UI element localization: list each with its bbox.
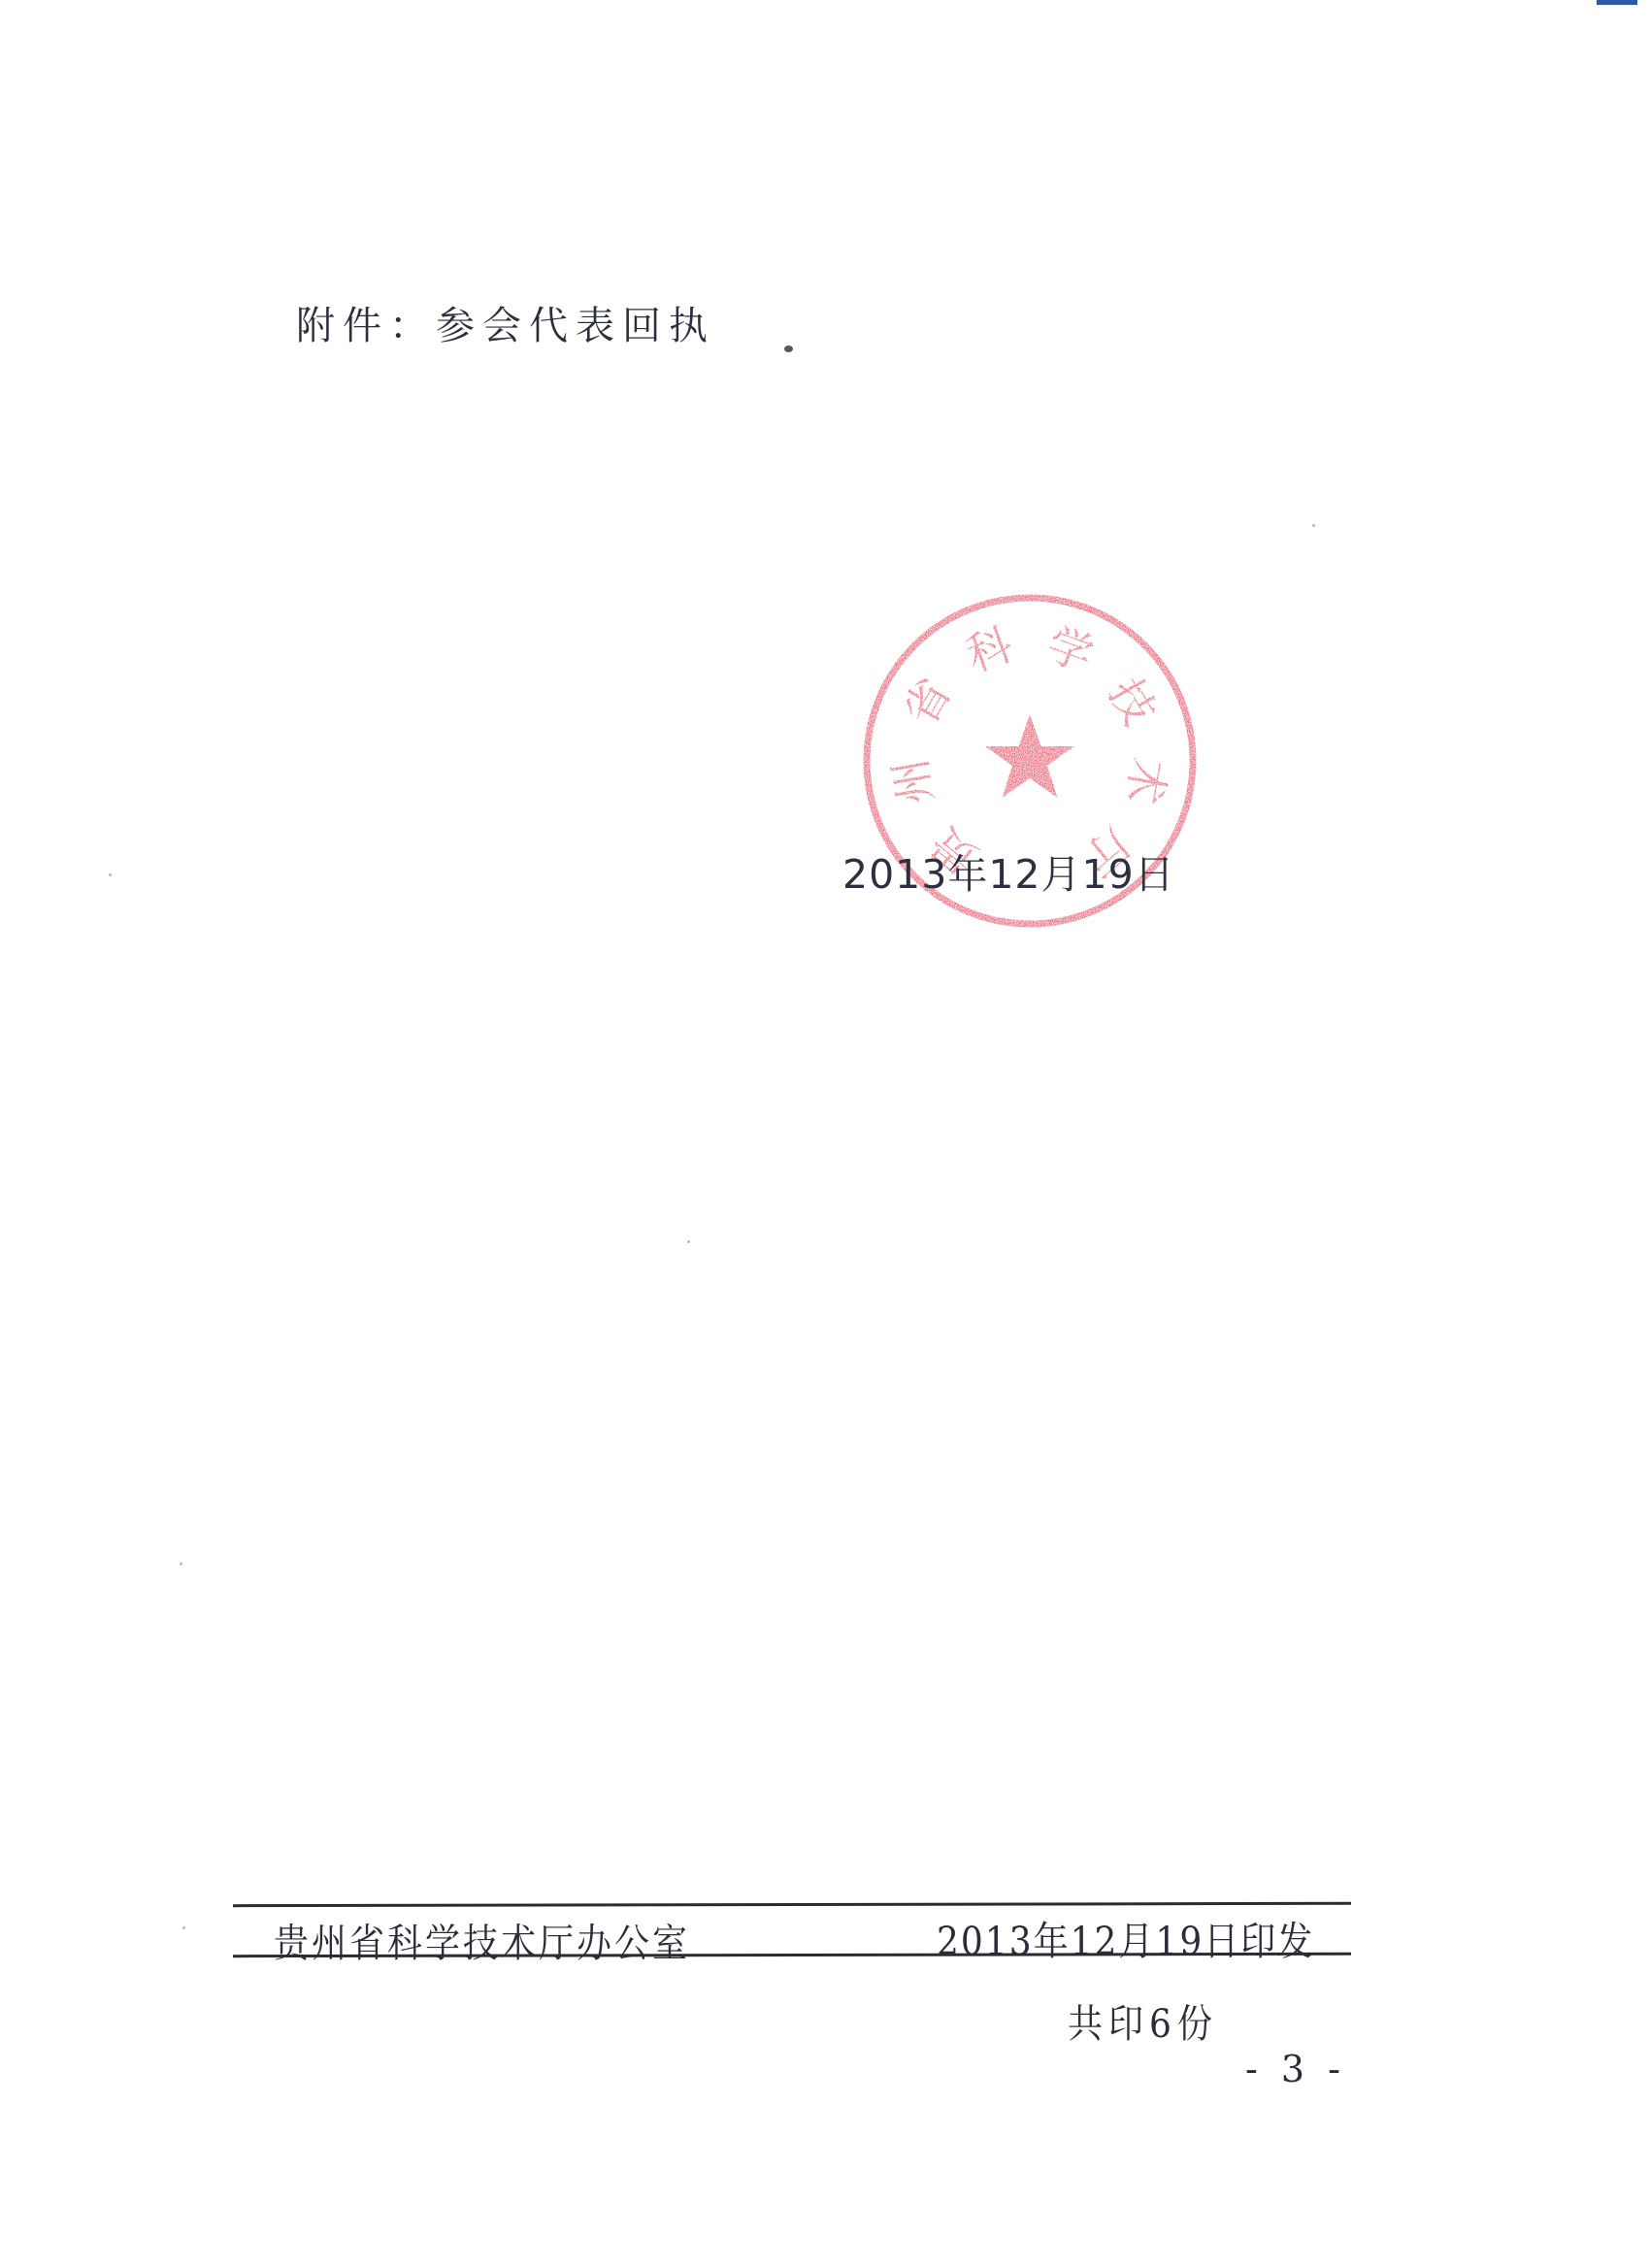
scan-speck bbox=[784, 345, 793, 352]
seal-character: 学 bbox=[1040, 617, 1101, 681]
scan-dust bbox=[1312, 524, 1315, 527]
seal-character: 科 bbox=[959, 617, 1019, 681]
footer-issue-date: 2013年12月19日印发 bbox=[937, 1911, 1314, 1966]
seal-character: 省 bbox=[893, 670, 961, 735]
scan-dust bbox=[687, 1240, 690, 1243]
signature-date: 2013年12月19日 bbox=[842, 842, 1175, 900]
star-icon bbox=[985, 714, 1074, 798]
seal-character: 州 bbox=[883, 755, 942, 808]
seal-character: 术 bbox=[1117, 755, 1176, 808]
footer-top-rule bbox=[233, 1902, 1351, 1907]
seal-character: 技 bbox=[1099, 670, 1167, 735]
corner-scan-mark bbox=[1597, 0, 1637, 5]
scan-dust bbox=[109, 873, 112, 876]
footer-issuer: 贵州省科学技术厅办公室 bbox=[274, 1913, 690, 1968]
copies-count: 共印6份 bbox=[1068, 1993, 1218, 2049]
page-number: - 3 - bbox=[1245, 2048, 1346, 2090]
scan-dust bbox=[180, 1562, 182, 1565]
attachment-line: 附件：参会代表回执 bbox=[296, 295, 715, 350]
scan-dust bbox=[182, 1926, 185, 1929]
